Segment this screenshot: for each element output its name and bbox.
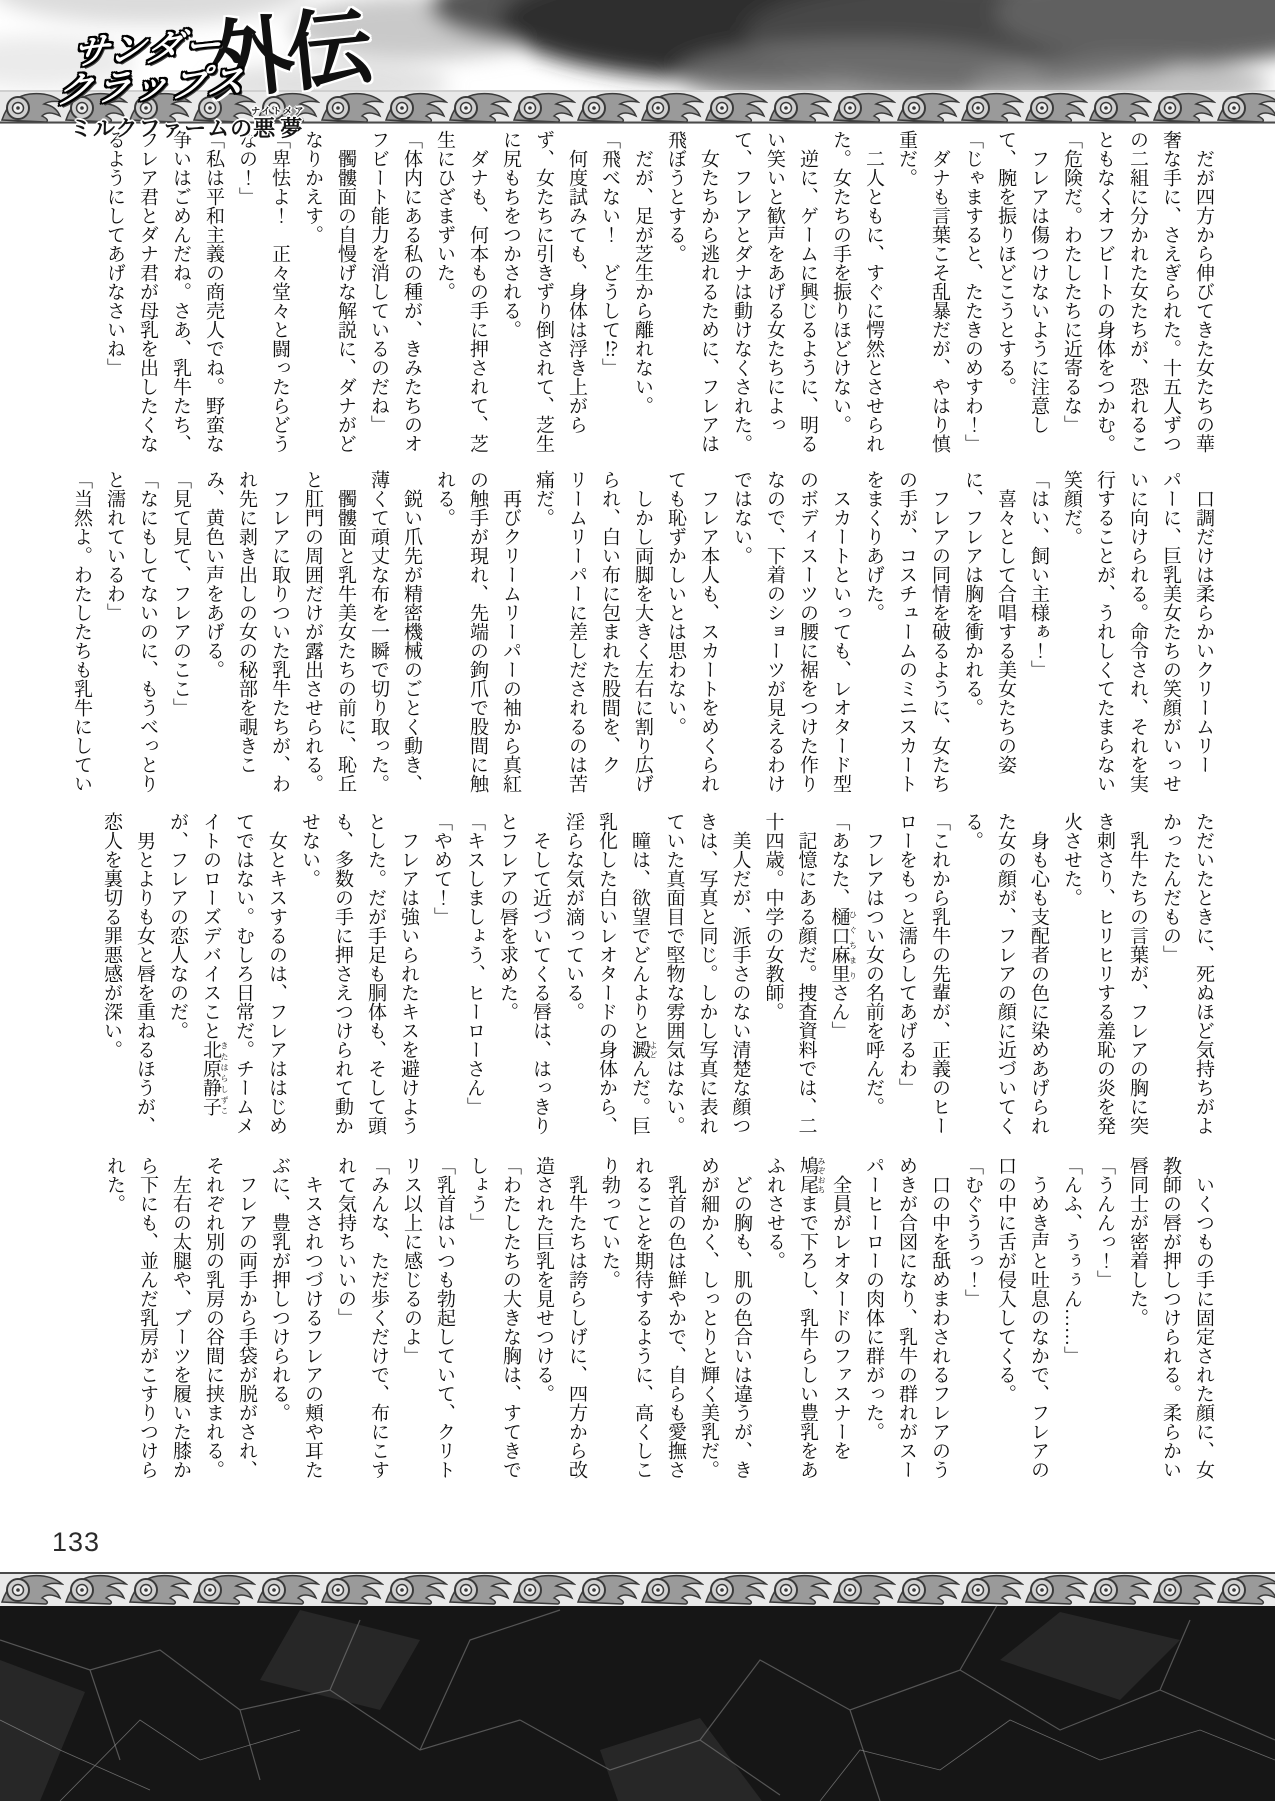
paragraph: フレアの同情を破るように、女たちの手が、コスチュームのミニスカートをまくりあげた… xyxy=(857,470,956,800)
paragraph: フレアの両手から手袋が脱がされ、それぞれ別の乳房の谷間に挟まれる。 xyxy=(197,1156,263,1486)
paragraph: 髑髏面と乳牛美女たちの前に、恥丘と肛門の周囲だけが露出させられる。 xyxy=(296,470,362,800)
paragraph: しかし両脚を大きく左右に割り広げられ、白い布に包まれた股間を、クリームリーパーに… xyxy=(527,470,659,800)
paragraph: 男とよりも女と唇を重ねるほうが、恋人を裏切る罪悪感が深い。 xyxy=(95,812,161,1142)
paragraph: 「あなた、樋口麻里ひぐちまりさん」 xyxy=(823,812,858,1142)
paragraph: そして近づいてくる唇は、はっきりとフレアの唇を求めた。 xyxy=(491,812,557,1142)
paragraph: スカートといっても、レオタード型のボディスーツの腰に裾をつけた作りなので、下着の… xyxy=(725,470,857,800)
paragraph: 何度試みても、身体は浮き上がらず、女たちに引きずり倒されて、芝生に尻もちをつかさ… xyxy=(494,130,593,460)
paragraph: 髑髏面の自慢げな解説に、ダナがどなりかえす。 xyxy=(296,130,362,460)
paragraph: 口調だけは柔らかいクリームリーパーに、巨乳美女たちの笑顔がいっせいに向けられる。… xyxy=(1055,470,1220,800)
decorative-marble-footer xyxy=(0,1600,1275,1801)
paragraph: 「私は平和主義の商売人でね。野蛮な争いはごめんだね。さあ、乳牛たち、フレア君とダ… xyxy=(98,130,230,460)
book-page: サンダー クラップス 外伝 ミルクファームの悪夢ナイトメア だが四方から伸びてき… xyxy=(0,0,1275,1801)
paragraph: フレアは強いられたキスを避けようとした。だが手足も胴体も、そして頭も、多数の手に… xyxy=(293,812,425,1142)
paragraph: 二人ともに、すぐに愕然とさせられた。女たちの手を振りほどけない。 xyxy=(824,130,890,460)
paragraph: 「これから乳牛の先輩が、正義のヒーローをもっと濡らしてあげるわ」 xyxy=(890,812,956,1142)
paragraph: 「なにもしてないのに、もうべっとりと濡れているわ」 xyxy=(98,470,164,800)
paragraph: ダナも言葉こそ乱暴だが、やはり慎重だ。 xyxy=(890,130,956,460)
paragraph: 乳牛たちの言葉が、フレアの胸に突き刺さり、ヒリヒリする羞恥の炎を発火させた。 xyxy=(1055,812,1154,1142)
paragraph: 乳牛たちは誇らしげに、四方から改造された巨乳を見せつける。 xyxy=(527,1156,593,1486)
text-block-2: 口調だけは柔らかいクリームリーパーに、巨乳美女たちの笑顔がいっせいに向けられる。… xyxy=(55,470,1220,800)
paragraph: だが四方から伸びてきた女たちの華奢な手に、さえぎられた。十五人ずつの二組に分かれ… xyxy=(1088,130,1220,460)
paragraph: 乳首の色は鮮やかで、自らも愛撫されることを期待するように、高くしこり勃っていた。 xyxy=(593,1156,692,1486)
paragraph: 「みんな、ただ歩くだけで、布にこすれて気持ちいいの」 xyxy=(329,1156,395,1486)
paragraph: 瞳は、欲望でどんよりと澱よどんだ。巨乳化した白いレオタードの身体から、淫らな気が… xyxy=(557,812,658,1142)
paragraph: 「見て見て、フレアのここ」 xyxy=(164,470,197,800)
text-block-3: ただいたときに、死ぬほど気持ちがよかったんだもの」 乳牛たちの言葉が、フレアの胸… xyxy=(55,812,1220,1142)
paragraph: どの胸も、肌の色合いは違うが、きめが細かく、しっとりと輝く美乳だ。 xyxy=(692,1156,758,1486)
paragraph: 女とキスするのは、フレアははじめてではない。むしろ日常だ。チームメイトのローズデ… xyxy=(161,812,293,1142)
paragraph: 口の中を舐めまわされるフレアのうめきが合図になり、乳牛の群れがスーパーヒーローの… xyxy=(857,1156,956,1486)
paragraph: 「むぐううっ！」 xyxy=(956,1156,989,1486)
paragraph: 「うんんっ！」 xyxy=(1088,1156,1121,1486)
paragraph: 鋭い爪先が精密機械のごとく動き、薄くて頑丈な布を一瞬で切り取った。 xyxy=(362,470,428,800)
paragraph: フレアに取りついた乳牛たちが、われ先に剥き出しの女の秘部を覗きこみ、黄色い声をあ… xyxy=(197,470,296,800)
paragraph: 逆に、ゲームに興じるように、明るい笑いと歓声をあげる女たちによって、フレアとダナ… xyxy=(725,130,824,460)
paragraph: 「やめて！」 xyxy=(425,812,458,1142)
logo-subtitle-base: 悪夢 xyxy=(251,116,305,141)
logo-subtitle-furigana: ナイトメア xyxy=(251,106,305,116)
paragraph: 「乳首はいつも勃起していて、クリトリス以上に感じるのよ」 xyxy=(395,1156,461,1486)
paragraph: 美人だが、派手さのない清楚な顔つきは、写真と同じ。しかし写真に表れていた真面目で… xyxy=(658,812,757,1142)
paragraph: 喜々として合唱する美女たちの姿に、フレアは胸を衝かれる。 xyxy=(956,470,1022,800)
paragraph: 女たちから逃れるために、フレアは飛ぼうとする。 xyxy=(659,130,725,460)
paragraph: うめき声と吐息のなかで、フレアの口の中に舌が侵入してくる。 xyxy=(989,1156,1055,1486)
paragraph: 「当然よ。わたしたちも乳牛にしてい xyxy=(65,470,98,800)
paragraph: 全員がレオタードのファスナーを鳩尾みぞおちまで下ろし、乳牛らしい豊乳をあふれさせ… xyxy=(758,1156,857,1486)
paragraph: 「体内にある私の種が、きみたちのオフビート能力を消しているのだね」 xyxy=(362,130,428,460)
paragraph: 「じゃますると、たたきのめすわ！」 xyxy=(956,130,989,460)
paragraph: 「キスしましょう、ヒーローさん」 xyxy=(458,812,491,1142)
paragraph: ただいたときに、死ぬほど気持ちがよかったんだもの」 xyxy=(1154,812,1220,1142)
paragraph: 「はい、飼い主様ぁ！」 xyxy=(1022,470,1055,800)
paragraph: 「卑怯よ！ 正々堂々と闘ったらどうなの！」 xyxy=(230,130,296,460)
paragraph: いくつもの手に固定された顔に、女教師の唇が押しつけられる。柔らかい唇同士が密着し… xyxy=(1121,1156,1220,1486)
series-logo: サンダー クラップス 外伝 ミルクファームの悪夢ナイトメア xyxy=(58,26,398,140)
paragraph: フレア本人も、スカートをめくられても恥ずかしいとは思わない。 xyxy=(659,470,725,800)
text-block-4: いくつもの手に固定された顔に、女教師の唇が押しつけられる。柔らかい唇同士が密着し… xyxy=(55,1156,1220,1486)
logo-title: サンダー クラップス xyxy=(58,26,398,100)
paragraph: 記憶にある顔だ。捜査資料では、二十四歳。中学の女教師。 xyxy=(757,812,823,1142)
paragraph: 身も心も支配者の色に染めあげられた女の顔が、フレアの顔に近づいてくる。 xyxy=(956,812,1055,1142)
decorative-wave-border-bottom xyxy=(0,1572,1275,1606)
paragraph: 「飛べない！ どうして⁉」 xyxy=(593,130,626,460)
paragraph: キスされつづけるフレアの頬や耳たぶに、豊乳が押しつけられる。 xyxy=(263,1156,329,1486)
page-number: 133 xyxy=(52,1527,100,1558)
paragraph: 左右の太腿や、ブーツを履いた膝から下にも、並んだ乳房がこすりつけられた。 xyxy=(98,1156,197,1486)
paragraph: 再びクリームリーパーの袖から真紅の触手が現れ、先端の鉤爪で股間に触れる。 xyxy=(428,470,527,800)
paragraph: フレアは傷つけないように注意して、腕を振りほどこうとする。 xyxy=(989,130,1055,460)
paragraph: だが、足が芝生から離れない。 xyxy=(626,130,659,460)
logo-subtitle: ミルクファームの悪夢ナイトメア xyxy=(70,106,398,140)
paragraph: 「危険だ。わたしたちに近寄るな」 xyxy=(1055,130,1088,460)
paragraph: ダナも、何本もの手に押されて、芝生にひざまずいた。 xyxy=(428,130,494,460)
paragraph: フレアはつい女の名前を呼んだ。 xyxy=(857,812,890,1142)
paragraph: 「んふ、うぅぅん……」 xyxy=(1055,1156,1088,1486)
text-block-1: だが四方から伸びてきた女たちの華奢な手に、さえぎられた。十五人ずつの二組に分かれ… xyxy=(55,130,1220,460)
logo-subtitle-pre: ミルクファームの xyxy=(70,116,253,141)
paragraph: 「わたしたちの大きな胸は、すてきでしょう」 xyxy=(461,1156,527,1486)
